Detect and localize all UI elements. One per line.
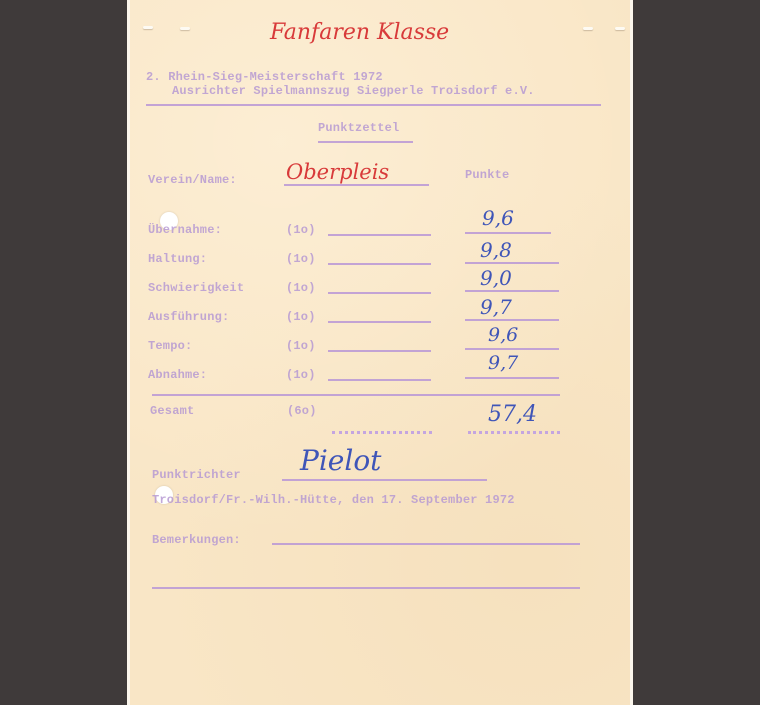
total-label: Gesamt [150,404,194,418]
total-blank-double-line [332,431,432,434]
club-name-value: Oberpleis [286,160,389,184]
judge-signature: Pielot [300,444,381,477]
form-title-underline [318,141,413,143]
criterion-max: (1o) [286,310,316,324]
criterion-label: Schwierigkeit [148,281,244,295]
criterion-score: 9,7 [480,295,512,319]
criterion-max: (1o) [286,252,316,266]
form-title: Punktzettel [318,121,399,135]
total-score-double-line [468,431,560,434]
criterion-blank-line [328,350,431,352]
criterion-max: (1o) [286,223,316,237]
staple-mark-right [583,27,593,30]
criterion-score-line [465,377,559,379]
criterion-score: 9,7 [488,352,518,374]
criterion-score-line [465,262,559,264]
place-date: Troisdorf/Fr.-Wilh.-Hütte, den 17. Septe… [152,493,515,507]
criterion-max: (1o) [286,281,316,295]
criterion-max: (1o) [286,339,316,353]
header-divider [146,104,601,106]
criterion-score-line [465,319,559,321]
criterion-label: Haltung: [148,252,207,266]
judge-label: Punktrichter [152,468,241,482]
criterion-label: Ausführung: [148,310,229,324]
criterion-blank-line [328,234,431,236]
criterion-score-line [465,348,559,350]
staple-mark-right-2 [615,27,625,30]
criterion-score: 9,0 [480,266,512,290]
total-score: 57,4 [488,402,537,427]
criterion-blank-line [328,263,431,265]
staple-mark-left [143,26,153,29]
criterion-label: Abnahme: [148,368,207,382]
remarks-label: Bemerkungen: [152,533,241,547]
total-divider [152,394,560,396]
criterion-score: 9,8 [480,238,512,262]
criterion-label: Übernahme: [148,223,222,237]
header-organizer: Ausrichter Spielmannszug Siegperle Trois… [172,84,535,98]
criterion-blank-line [328,292,431,294]
club-name-line [284,184,429,186]
handwritten-class-title: Fanfaren Klasse [270,20,449,45]
criterion-blank-line [328,379,431,381]
staple-mark-left-2 [180,27,190,30]
criterion-score-line [465,290,559,292]
criterion-blank-line [328,321,431,323]
judge-signature-line [282,479,487,481]
header-championship: 2. Rhein-Sieg-Meisterschaft 1972 [146,70,383,84]
criterion-score-line [465,232,551,234]
points-header: Punkte [465,168,509,182]
remarks-line-2 [152,587,580,589]
criterion-score: 9,6 [482,206,514,230]
criterion-max: (1o) [286,368,316,382]
criterion-score: 9,6 [488,324,518,346]
remarks-line-1 [272,543,580,545]
total-max: (6o) [287,404,317,418]
club-label: Verein/Name: [148,173,237,187]
criterion-label: Tempo: [148,339,192,353]
